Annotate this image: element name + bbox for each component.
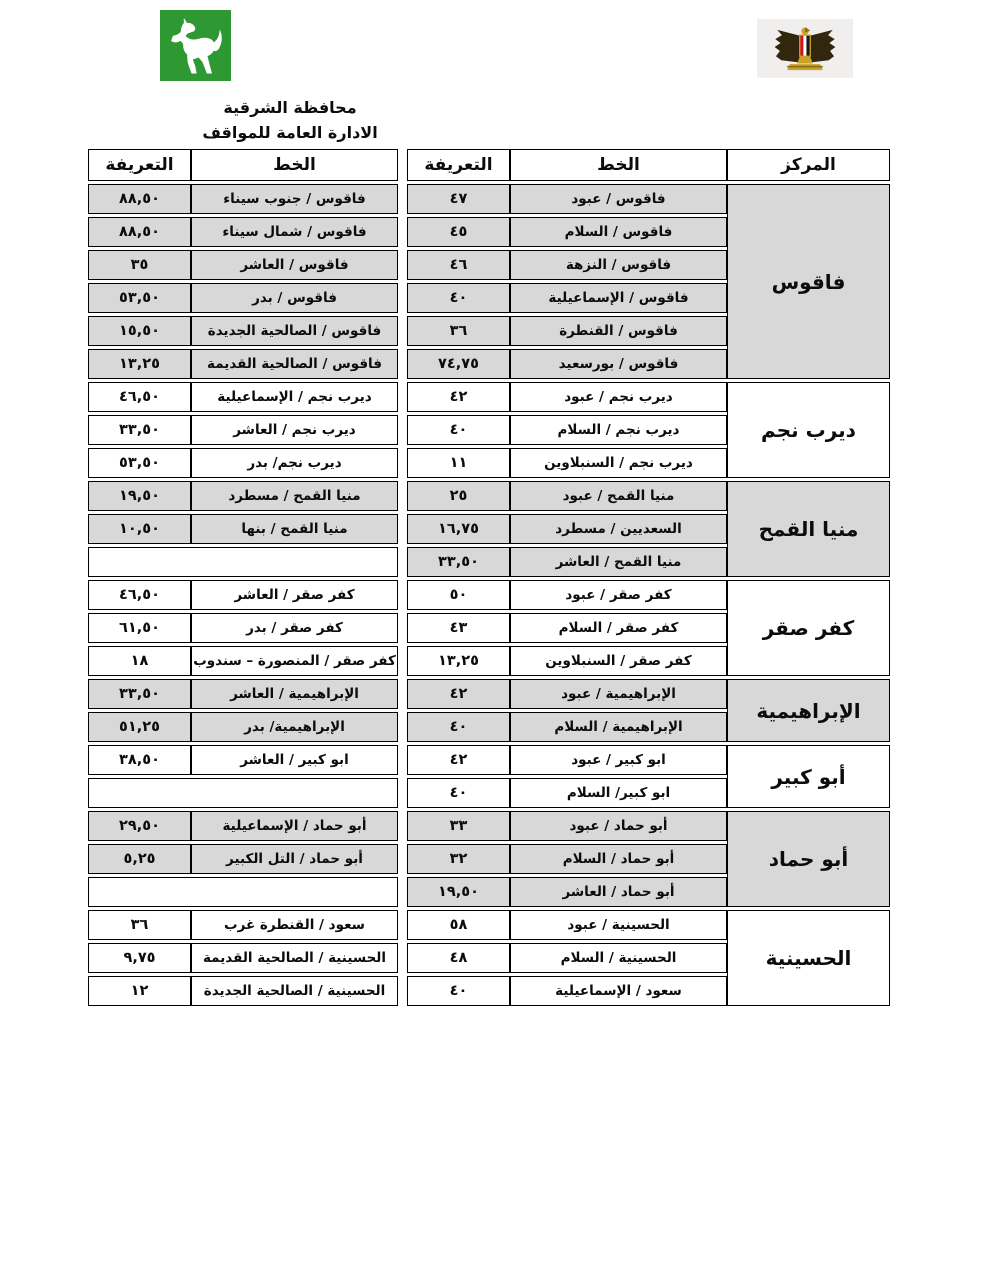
tariff-cell: ١٦,٧٥: [407, 514, 510, 544]
table-row: منيا القمحمنيا القمح / عبود٢٥: [407, 481, 890, 511]
table-row: [88, 778, 398, 808]
line-cell: ابو كبير/ السلام: [510, 778, 727, 808]
table-row: فاقوس / جنوب سيناء٨٨,٥٠: [88, 184, 398, 214]
center-name-cell: الإبراهيمية: [727, 679, 890, 742]
tariff-cell: ٩,٧٥: [88, 943, 191, 973]
center-name-cell: كفر صقر: [727, 580, 890, 676]
line-cell: كفر صقر / بدر: [191, 613, 398, 643]
table-row: ديرب نجم/ بدر٥٣,٥٠: [88, 448, 398, 478]
col-header-tariff: التعريفة: [407, 149, 510, 181]
line-cell: الإبراهيمية/ بدر: [191, 712, 398, 742]
tariff-cell: ٤٠: [407, 283, 510, 313]
tariff-cell: ١٢: [88, 976, 191, 1006]
tariff-cell: ١١: [407, 448, 510, 478]
table-row: كفر صقركفر صقر / عبود٥٠: [407, 580, 890, 610]
tariff-cell: ٤٠: [407, 976, 510, 1006]
tariff-cell: ٣٣: [407, 811, 510, 841]
tariff-cell: ٤٢: [407, 745, 510, 775]
line-cell: منيا القمح / مسطرد: [191, 481, 398, 511]
center-name-cell: الحسينية: [727, 910, 890, 1006]
line-cell: ديرب نجم / السلام: [510, 415, 727, 445]
line-cell: كفر صقر / السنبلاوين: [510, 646, 727, 676]
table-row: سعود / القنطرة غرب٣٦: [88, 910, 398, 940]
department-title: الادارة العامة للمواقف: [140, 120, 440, 146]
line-cell: ديرب نجم / الإسماعيلية: [191, 382, 398, 412]
line-cell: فاقوس / العاشر: [191, 250, 398, 280]
tariff-cell: ٢٩,٥٠: [88, 811, 191, 841]
table-header-row: المركز الخط التعريفة: [407, 149, 890, 181]
col-header-line: الخط: [191, 149, 398, 181]
table-row: الإبراهيميةالإبراهيمية / عبود٤٢: [407, 679, 890, 709]
tariff-cell: ١٠,٥٠: [88, 514, 191, 544]
table-row: فاقوس / شمال سيناء٨٨,٥٠: [88, 217, 398, 247]
center-name-cell: فاقوس: [727, 184, 890, 379]
tariff-cell: ١٩,٥٠: [407, 877, 510, 907]
governorate-title: محافظة الشرقية: [140, 96, 440, 120]
line-cell: فاقوس / بدر: [191, 283, 398, 313]
line-cell: الإبراهيمية / العاشر: [191, 679, 398, 709]
tariff-cell: ٤٨: [407, 943, 510, 973]
table-row: أبو حمادأبو حماد / عبود٣٣: [407, 811, 890, 841]
table-row: ديرب نجم / العاشر٣٣,٥٠: [88, 415, 398, 445]
line-cell: الحسينية / الصالحية القديمة: [191, 943, 398, 973]
line-cell: فاقوس / الصالحية الجديدة: [191, 316, 398, 346]
table-row: الحسينيةالحسينية / عبود٥٨: [407, 910, 890, 940]
line-cell: أبو حماد / التل الكبير: [191, 844, 398, 874]
line-cell: منيا القمح / بنها: [191, 514, 398, 544]
center-name-cell: منيا القمح: [727, 481, 890, 577]
table-row: فاقوس / الصالحية الجديدة١٥,٥٠: [88, 316, 398, 346]
table-row: فاقوسفاقوس / عبود٤٧: [407, 184, 890, 214]
line-cell: أبو حماد / الإسماعيلية: [191, 811, 398, 841]
line-cell: منيا القمح / العاشر: [510, 547, 727, 577]
tariff-cell: ٤٧: [407, 184, 510, 214]
tariff-cell: ٥٠: [407, 580, 510, 610]
tariff-cell: ٤٠: [407, 778, 510, 808]
tariff-tables: المركز الخط التعريفة فاقوسفاقوس / عبود٤٧…: [88, 146, 890, 1009]
line-cell: منيا القمح / عبود: [510, 481, 727, 511]
tariff-cell: ٣٣,٥٠: [88, 415, 191, 445]
tariff-cell: ٤٥: [407, 217, 510, 247]
empty-cell: [88, 778, 398, 808]
line-cell: فاقوس / الصالحية القديمة: [191, 349, 398, 379]
line-cell: فاقوس / الإسماعيلية: [510, 283, 727, 313]
line-cell: سعود / الإسماعيلية: [510, 976, 727, 1006]
tariff-cell: ٤٢: [407, 382, 510, 412]
table-row: الحسينية / الصالحية القديمة٩,٧٥: [88, 943, 398, 973]
table-row: أبو حماد / التل الكبير٥,٢٥: [88, 844, 398, 874]
line-cell: أبو حماد / السلام: [510, 844, 727, 874]
tariff-cell: ٤٦,٥٠: [88, 580, 191, 610]
tariff-cell: ٥٣,٥٠: [88, 448, 191, 478]
tariff-cell: ٢٥: [407, 481, 510, 511]
table-row: كفر صقر / العاشر٤٦,٥٠: [88, 580, 398, 610]
line-cell: ديرب نجم / عبود: [510, 382, 727, 412]
tariff-cell: ٨٨,٥٠: [88, 184, 191, 214]
tariff-cell: ٣٨,٥٠: [88, 745, 191, 775]
tariff-cell: ٧٤,٧٥: [407, 349, 510, 379]
line-cell: سعود / القنطرة غرب: [191, 910, 398, 940]
line-cell: كفر صقر / عبود: [510, 580, 727, 610]
line-cell: كفر صقر / العاشر: [191, 580, 398, 610]
line-cell: أبو حماد / عبود: [510, 811, 727, 841]
egypt-eagle-emblem-icon: [757, 19, 853, 78]
tariff-cell: ٤٦,٥٠: [88, 382, 191, 412]
tariff-cell: ١٨: [88, 646, 191, 676]
table-header-row: الخط التعريفة: [88, 149, 398, 181]
line-cell: ديرب نجم/ بدر: [191, 448, 398, 478]
line-cell: الإبراهيمية / السلام: [510, 712, 727, 742]
tariff-cell: ٣٦: [407, 316, 510, 346]
table-row: أبو كبيرابو كبير / عبود٤٢: [407, 745, 890, 775]
line-cell: الحسينية / السلام: [510, 943, 727, 973]
table-row: ديرب نجمديرب نجم / عبود٤٢: [407, 382, 890, 412]
tariff-cell: ٤٠: [407, 415, 510, 445]
tariff-table-right-body: فاقوسفاقوس / عبود٤٧فاقوس / السلام٤٥فاقوس…: [407, 184, 890, 1006]
tariff-cell: ١٣,٢٥: [88, 349, 191, 379]
center-name-cell: أبو حماد: [727, 811, 890, 907]
line-cell: كفر صقر / السلام: [510, 613, 727, 643]
col-header-line: الخط: [510, 149, 727, 181]
tariff-cell: ١٣,٢٥: [407, 646, 510, 676]
table-row: كفر صقر / بدر٦١,٥٠: [88, 613, 398, 643]
line-cell: الحسينية / عبود: [510, 910, 727, 940]
col-header-center: المركز: [727, 149, 890, 181]
tariff-cell: ١٩,٥٠: [88, 481, 191, 511]
tariff-cell: ٥١,٢٥: [88, 712, 191, 742]
empty-cell: [88, 877, 398, 907]
tariff-table-right: المركز الخط التعريفة فاقوسفاقوس / عبود٤٧…: [407, 146, 890, 1009]
tariff-cell: ٥٨: [407, 910, 510, 940]
table-row: الإبراهيمية/ بدر٥١,٢٥: [88, 712, 398, 742]
line-cell: ابو كبير / العاشر: [191, 745, 398, 775]
tariff-cell: ٣٦: [88, 910, 191, 940]
line-cell: ديرب نجم / السنبلاوين: [510, 448, 727, 478]
line-cell: فاقوس / بورسعيد: [510, 349, 727, 379]
table-row: الإبراهيمية / العاشر٣٣,٥٠: [88, 679, 398, 709]
table-row: فاقوس / العاشر٣٥: [88, 250, 398, 280]
line-cell: ابو كبير / عبود: [510, 745, 727, 775]
tariff-cell: ٤٠: [407, 712, 510, 742]
line-cell: فاقوس / عبود: [510, 184, 727, 214]
line-cell: أبو حماد / العاشر: [510, 877, 727, 907]
tariff-cell: ٥٣,٥٠: [88, 283, 191, 313]
tariff-table-left: الخط التعريفة فاقوس / جنوب سيناء٨٨,٥٠فاق…: [88, 146, 398, 1009]
table-row: فاقوس / الصالحية القديمة١٣,٢٥: [88, 349, 398, 379]
line-cell: فاقوس / جنوب سيناء: [191, 184, 398, 214]
table-row: الحسينية / الصالحية الجديدة١٢: [88, 976, 398, 1006]
line-cell: كفر صقر / المنصورة – سندوب: [191, 646, 398, 676]
tariff-cell: ٣٣,٥٠: [88, 679, 191, 709]
center-name-cell: أبو كبير: [727, 745, 890, 808]
table-row: ديرب نجم / الإسماعيلية٤٦,٥٠: [88, 382, 398, 412]
table-row: كفر صقر / المنصورة – سندوب١٨: [88, 646, 398, 676]
tariff-cell: ٤٢: [407, 679, 510, 709]
tariff-cell: ٥,٢٥: [88, 844, 191, 874]
line-cell: الحسينية / الصالحية الجديدة: [191, 976, 398, 1006]
horse-logo-icon: [160, 10, 231, 81]
tariff-cell: ٤٦: [407, 250, 510, 280]
table-row: منيا القمح / بنها١٠,٥٠: [88, 514, 398, 544]
line-cell: فاقوس / السلام: [510, 217, 727, 247]
center-name-cell: ديرب نجم: [727, 382, 890, 478]
tariff-cell: ٣٢: [407, 844, 510, 874]
line-cell: الإبراهيمية / عبود: [510, 679, 727, 709]
document-header: محافظة الشرقية الادارة العامة للمواقف: [140, 96, 440, 146]
table-row: أبو حماد / الإسماعيلية٢٩,٥٠: [88, 811, 398, 841]
table-row: فاقوس / بدر٥٣,٥٠: [88, 283, 398, 313]
tariff-cell: ٨٨,٥٠: [88, 217, 191, 247]
tariff-cell: ٤٣: [407, 613, 510, 643]
line-cell: فاقوس / النزهة: [510, 250, 727, 280]
line-cell: فاقوس / القنطرة: [510, 316, 727, 346]
line-cell: فاقوس / شمال سيناء: [191, 217, 398, 247]
tariff-cell: ٣٥: [88, 250, 191, 280]
table-row: [88, 547, 398, 577]
document-page: محافظة الشرقية الادارة العامة للمواقف ال…: [0, 0, 989, 1280]
line-cell: ديرب نجم / العاشر: [191, 415, 398, 445]
table-row: منيا القمح / مسطرد١٩,٥٠: [88, 481, 398, 511]
tariff-cell: ٦١,٥٠: [88, 613, 191, 643]
tariff-cell: ٣٣,٥٠: [407, 547, 510, 577]
tariff-table-left-body: فاقوس / جنوب سيناء٨٨,٥٠فاقوس / شمال سينا…: [88, 184, 398, 1006]
col-header-tariff: التعريفة: [88, 149, 191, 181]
empty-cell: [88, 547, 398, 577]
table-row: ابو كبير / العاشر٣٨,٥٠: [88, 745, 398, 775]
line-cell: السعديين / مسطرد: [510, 514, 727, 544]
table-row: [88, 877, 398, 907]
tariff-cell: ١٥,٥٠: [88, 316, 191, 346]
